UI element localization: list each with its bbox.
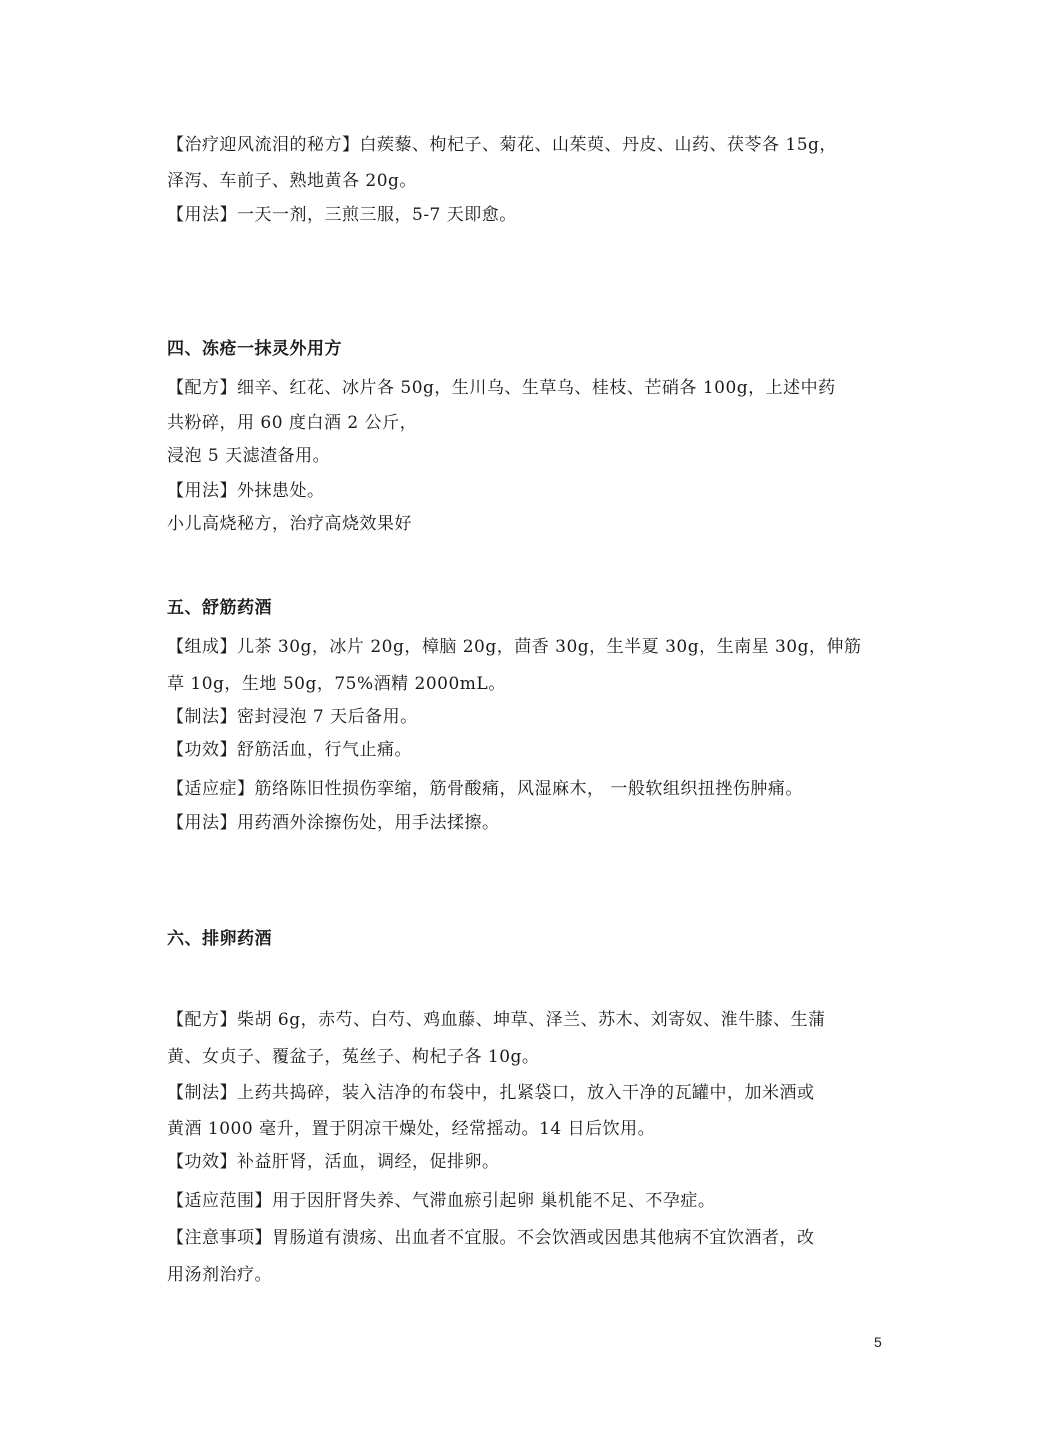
paragraph-line: 泽泻、车前子、熟地黄各 20g。 bbox=[167, 170, 417, 192]
paragraph-line: 小儿高烧秘方，治疗高烧效果好 bbox=[167, 513, 412, 535]
paragraph-line: 【注意事项】胃肠道有溃疡、出血者不宜服。不会饮酒或因患其他病不宜饮酒者，改 bbox=[167, 1227, 815, 1249]
paragraph-line: 【用法】一天一剂，三煎三服，5-7 天即愈。 bbox=[167, 204, 517, 226]
page-number: 5 bbox=[874, 1334, 882, 1350]
paragraph-line: 黄酒 1000 毫升，置于阴凉干燥处，经常摇动。14 日后饮用。 bbox=[167, 1118, 655, 1140]
paragraph-line: 【配方】细辛、红花、冰片各 50g，生川乌、生草乌、桂枝、芒硝各 100g，上述… bbox=[167, 377, 836, 399]
paragraph-line: 草 10g，生地 50g，75%酒精 2000mL。 bbox=[167, 673, 506, 695]
paragraph-line: 【用法】用药酒外涂擦伤处，用手法揉擦。 bbox=[167, 812, 500, 834]
paragraph-line: 【配方】柴胡 6g，赤芍、白芍、鸡血藤、坤草、泽兰、苏木、刘寄奴、淮牛膝、生蒲 bbox=[167, 1009, 826, 1031]
section-heading: 四、冻疮一抹灵外用方 bbox=[167, 338, 342, 360]
paragraph-line: 【制法】上药共捣碎，装入洁净的布袋中，扎紧袋口，放入干净的瓦罐中，加米酒或 bbox=[167, 1082, 815, 1104]
paragraph-line: 【适应范围】用于因肝肾失养、气滞血瘀引起卵 巢机能不足、不孕症。 bbox=[167, 1190, 715, 1212]
paragraph-line: 共粉碎，用 60 度白酒 2 公斤， bbox=[167, 412, 417, 434]
section-heading: 六、排卵药酒 bbox=[167, 928, 272, 950]
paragraph-line: 【功效】舒筋活血，行气止痛。 bbox=[167, 739, 412, 761]
paragraph-line: 【功效】补益肝肾，活血，调经，促排卵。 bbox=[167, 1151, 500, 1173]
paragraph-line: 【治疗迎风流泪的秘方】白蒺藜、枸杞子、菊花、山茱萸、丹皮、山药、茯苓各 15g， bbox=[167, 134, 837, 156]
paragraph-line: 黄、女贞子、覆盆子，菟丝子、枸杞子各 10g。 bbox=[167, 1046, 539, 1068]
paragraph-line: 【制法】密封浸泡 7 天后备用。 bbox=[167, 706, 418, 728]
paragraph-line: 浸泡 5 天滤渣备用。 bbox=[167, 445, 330, 467]
paragraph-line: 【适应症】筋络陈旧性损伤挛缩，筋骨酸痛，风湿麻木， 一般软组织扭挫伤肿痛。 bbox=[167, 778, 803, 800]
section-heading: 五、舒筋药酒 bbox=[167, 597, 272, 619]
paragraph-line: 【用法】外抹患处。 bbox=[167, 480, 325, 502]
paragraph-line: 用汤剂治疗。 bbox=[167, 1264, 272, 1286]
paragraph-line: 【组成】儿茶 30g，冰片 20g，樟脑 20g，茴香 30g，生半夏 30g，… bbox=[167, 636, 862, 658]
